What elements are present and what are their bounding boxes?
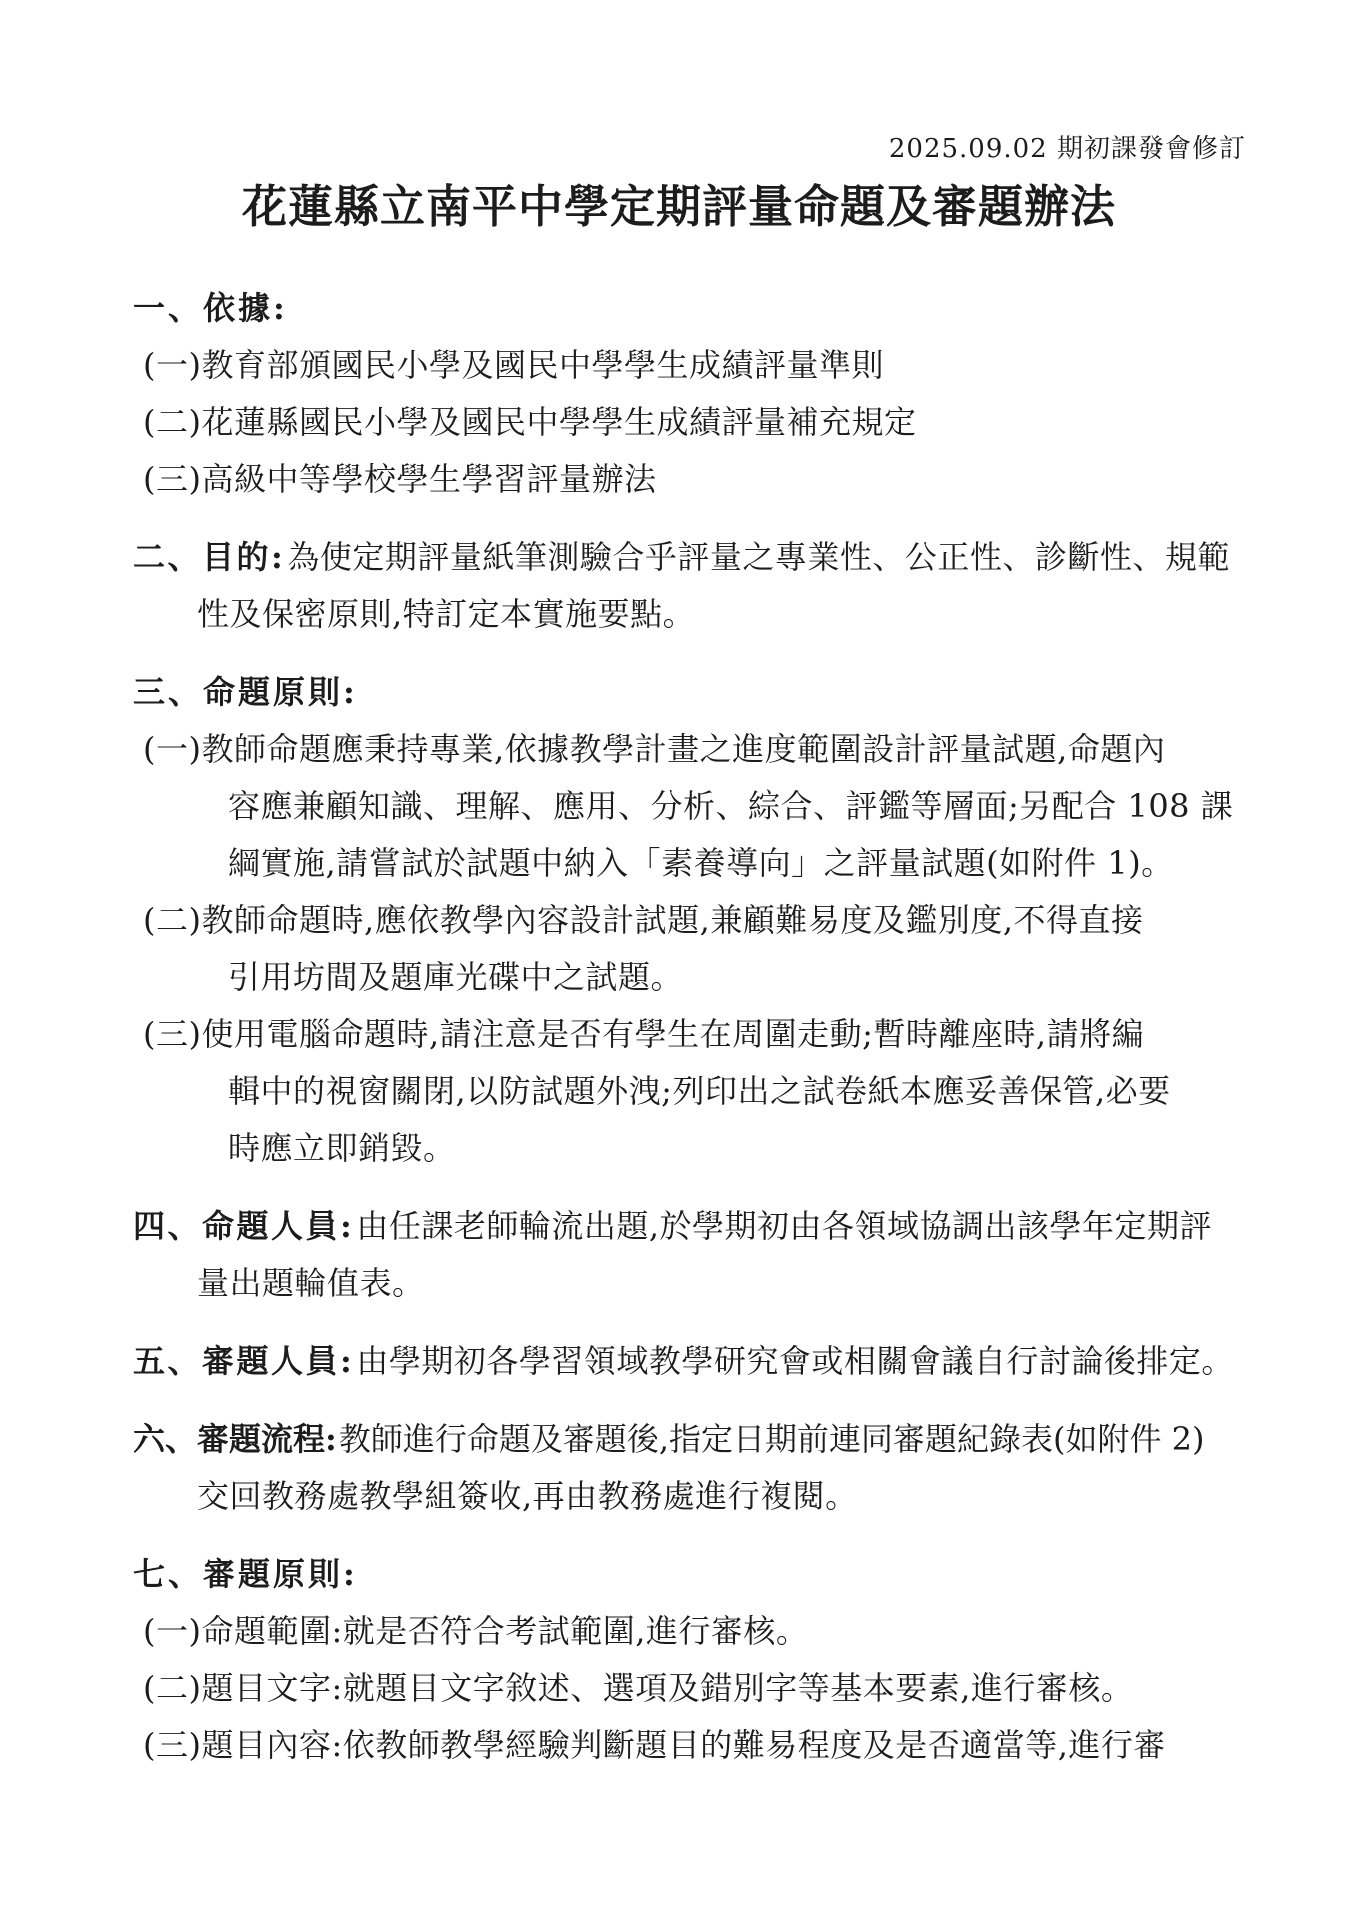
section-1-heading: 一、依據:	[133, 280, 1258, 337]
section-7-heading: 七、審題原則:	[133, 1546, 1258, 1603]
section-3-item-3-line-1: (三)使用電腦命題時,請注意是否有學生在周圍走動;暫時離座時,請將編	[133, 1006, 1258, 1063]
section-4-line-2: 量出題輪值表。	[133, 1255, 1258, 1312]
section-6-heading: 六、審題流程:	[133, 1420, 337, 1458]
section-3-item-1-line-2: 容應兼顧知識、理解、應用、分析、綜合、評鑑等層面;另配合 108 課	[133, 778, 1258, 835]
section-6-line-2: 交回教務處教學組簽收,再由教務處進行複閱。	[133, 1468, 1258, 1525]
section-6-text: 教師進行命題及審題後,指定日期前連同審題紀錄表(如附件 2)	[339, 1420, 1205, 1458]
section-5-text: 由學期初各學習領域教學研究會或相關會議自行討論後排定。	[356, 1342, 1234, 1380]
section-3-heading: 三、命題原則:	[133, 664, 1258, 721]
section-2-heading: 二、目的:	[133, 538, 285, 576]
document-page: 2025.09.02 期初課發會修訂 花蓮縣立南平中學定期評量命題及審題辦法 一…	[0, 0, 1358, 1920]
section-3-item-1-line-3: 綱實施,請嘗試於試題中納入「素養導向」之評量試題(如附件 1)。	[133, 835, 1258, 892]
section-4-line-1: 四、命題人員:由任課老師輪流出題,於學期初由各領域協調出該學年定期評	[133, 1198, 1258, 1255]
section-2-text: 為使定期評量紙筆測驗合乎評量之專業性、公正性、診斷性、規範	[287, 538, 1230, 576]
section-4-heading: 四、命題人員:	[133, 1207, 354, 1245]
section-4-text: 由任課老師輪流出題,於學期初由各領域協調出該學年定期評	[356, 1207, 1212, 1245]
section-2-line-2: 性及保密原則,特訂定本實施要點。	[133, 586, 1258, 643]
document-body: 一、依據: (一)教育部頒國民小學及國民中學學生成績評量準則 (二)花蓮縣國民小…	[133, 280, 1258, 1774]
section-1-item-2: (二)花蓮縣國民小學及國民中學學生成績評量補充規定	[133, 394, 1258, 451]
document-title: 花蓮縣立南平中學定期評量命題及審題辦法	[0, 170, 1358, 235]
section-5-heading: 五、審題人員:	[133, 1342, 354, 1380]
section-7-item-3: (三)題目內容:依教師教學經驗判斷題目的難易程度及是否適當等,進行審	[133, 1717, 1258, 1774]
section-7-item-1: (一)命題範圍:就是否符合考試範圍,進行審核。	[133, 1603, 1258, 1660]
section-1-item-3: (三)高級中等學校學生學習評量辦法	[133, 451, 1258, 508]
section-5-line-1: 五、審題人員:由學期初各學習領域教學研究會或相關會議自行討論後排定。	[133, 1333, 1258, 1390]
section-3-item-2-line-1: (二)教師命題時,應依教學內容設計試題,兼顧難易度及鑑別度,不得直接	[133, 892, 1258, 949]
section-6-line-1: 六、審題流程:教師進行命題及審題後,指定日期前連同審題紀錄表(如附件 2)	[133, 1411, 1258, 1468]
section-3-item-2-line-2: 引用坊間及題庫光碟中之試題。	[133, 949, 1258, 1006]
section-7-item-2: (二)題目文字:就題目文字敘述、選項及錯別字等基本要素,進行審核。	[133, 1660, 1258, 1717]
section-3-item-3-line-3: 時應立即銷毀。	[133, 1120, 1258, 1177]
revision-note: 2025.09.02 期初課發會修訂	[889, 128, 1246, 165]
section-3-item-3-line-2: 輯中的視窗關閉,以防試題外洩;列印出之試卷紙本應妥善保管,必要	[133, 1063, 1258, 1120]
section-1-item-1: (一)教育部頒國民小學及國民中學學生成績評量準則	[133, 337, 1258, 394]
section-2-line-1: 二、目的:為使定期評量紙筆測驗合乎評量之專業性、公正性、診斷性、規範	[133, 529, 1258, 586]
section-3-item-1-line-1: (一)教師命題應秉持專業,依據教學計畫之進度範圍設計評量試題,命題內	[133, 721, 1258, 778]
